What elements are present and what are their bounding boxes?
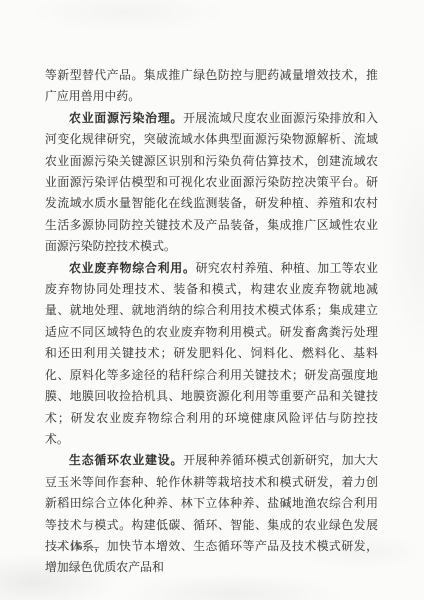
document-body: 等新型替代产品。集成推广绿色防控与肥药减量增效技术，推广应用兽用中药。 农业面源… (45, 65, 378, 579)
paragraph-text: 开展流域尺度农业面源污染排放和入河变化规律研究，突破流域水体典型面源污染物源解析… (45, 111, 378, 253)
paragraph: 农业面源污染治理。开展流域尺度农业面源污染排放和入河变化规律研究，突破流域水体典… (45, 108, 378, 258)
paragraph-text: 开展种养循环模式创新研究，加大大豆玉米等间作套种、轮作休耕等栽培技术和模式研发，… (45, 453, 378, 574)
paragraph-text: 研究农村养殖、种植、加工等农业废弃物协同处理技术、装备和模式，构建农业废弃物就地… (45, 261, 378, 446)
paragraph-lead: 生态循环农业建设。 (69, 453, 183, 467)
paragraph: 农业废弃物综合利用。研究农村养殖、种植、加工等农业废弃物协同处理技术、装备和模式… (45, 258, 378, 451)
paragraph-text: 等新型替代产品。集成推广绿色防控与肥药减量增效技术，推广应用兽用中药。 (45, 68, 378, 103)
paragraph: 生态循环农业建设。开展种养循环模式创新研究，加大大豆玉米等间作套种、轮作休耕等栽… (45, 450, 378, 578)
paragraph-lead: 农业面源污染治理。 (69, 111, 183, 125)
paragraph: 等新型替代产品。集成推广绿色防控与肥药减量增效技术，推广应用兽用中药。 (45, 65, 378, 108)
paragraph-lead: 农业废弃物综合利用。 (69, 261, 196, 275)
page-number: — 16 — (53, 541, 101, 553)
document-page: 等新型替代产品。集成推广绿色防控与肥药减量增效技术，推广应用兽用中药。 农业面源… (0, 0, 424, 600)
